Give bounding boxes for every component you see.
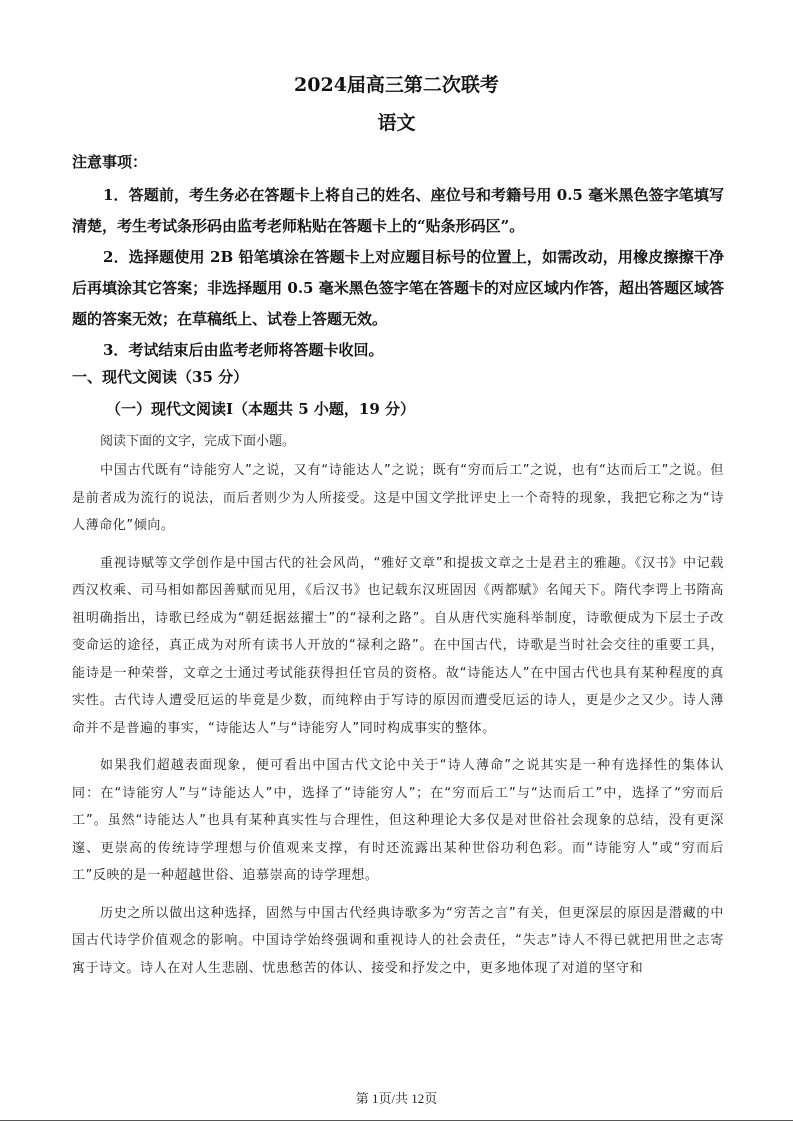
section-title: 一、现代文阅读（35 分） bbox=[72, 366, 248, 387]
passage-paragraph: 中国古代既有“诗能穷人”之说，又有“诗能达人”之说；既有“穷而后工”之说，也有“… bbox=[72, 457, 724, 540]
subject-title: 语文 bbox=[0, 108, 793, 135]
notice-item-2: 2．选择题使用 2B 铅笔填涂在答题卡上对应题目标号的位置上，如需改动，用橡皮擦… bbox=[72, 242, 724, 335]
reading-passage: 中国古代既有“诗能穷人”之说，又有“诗能达人”之说；既有“穷而后工”之说，也有“… bbox=[72, 457, 724, 982]
notice-item-3: 3．考试结束后由监考老师将答题卡收回。 bbox=[72, 335, 724, 366]
passage-paragraph: 重视诗赋等文学创作是中国古代的社会风尚，“雅好文章”和提拔文章之士是君主的雅趣。… bbox=[72, 550, 724, 743]
subsection-title: （一）现代文阅读Ⅰ（本题共 5 小题，19 分） bbox=[106, 398, 415, 419]
page-number: 第 1页/共 12页 bbox=[0, 1088, 793, 1107]
passage-paragraph: 如果我们超越表面现象，便可看出中国古代文论中关于“诗人薄命”之说其实是一种有选择… bbox=[72, 752, 724, 890]
exam-page: 2024届高三第二次联考 语文 注意事项： 1．答题前，考生务必在答题卡上将自己… bbox=[0, 0, 793, 1121]
reading-instruction: 阅读下面的文字，完成下面小题。 bbox=[100, 430, 295, 449]
exam-title: 2024届高三第二次联考 bbox=[0, 70, 793, 97]
notice-item-1: 1．答题前，考生务必在答题卡上将自己的姓名、座位号和考籍号用 0.5 毫米黑色签… bbox=[72, 180, 724, 242]
notice-list: 1．答题前，考生务必在答题卡上将自己的姓名、座位号和考籍号用 0.5 毫米黑色签… bbox=[72, 180, 724, 366]
passage-paragraph: 历史之所以做出这种选择，固然与中国古代经典诗歌多为“穷苦之言”有关，但更深层的原… bbox=[72, 900, 724, 983]
notice-heading: 注意事项： bbox=[72, 151, 147, 172]
